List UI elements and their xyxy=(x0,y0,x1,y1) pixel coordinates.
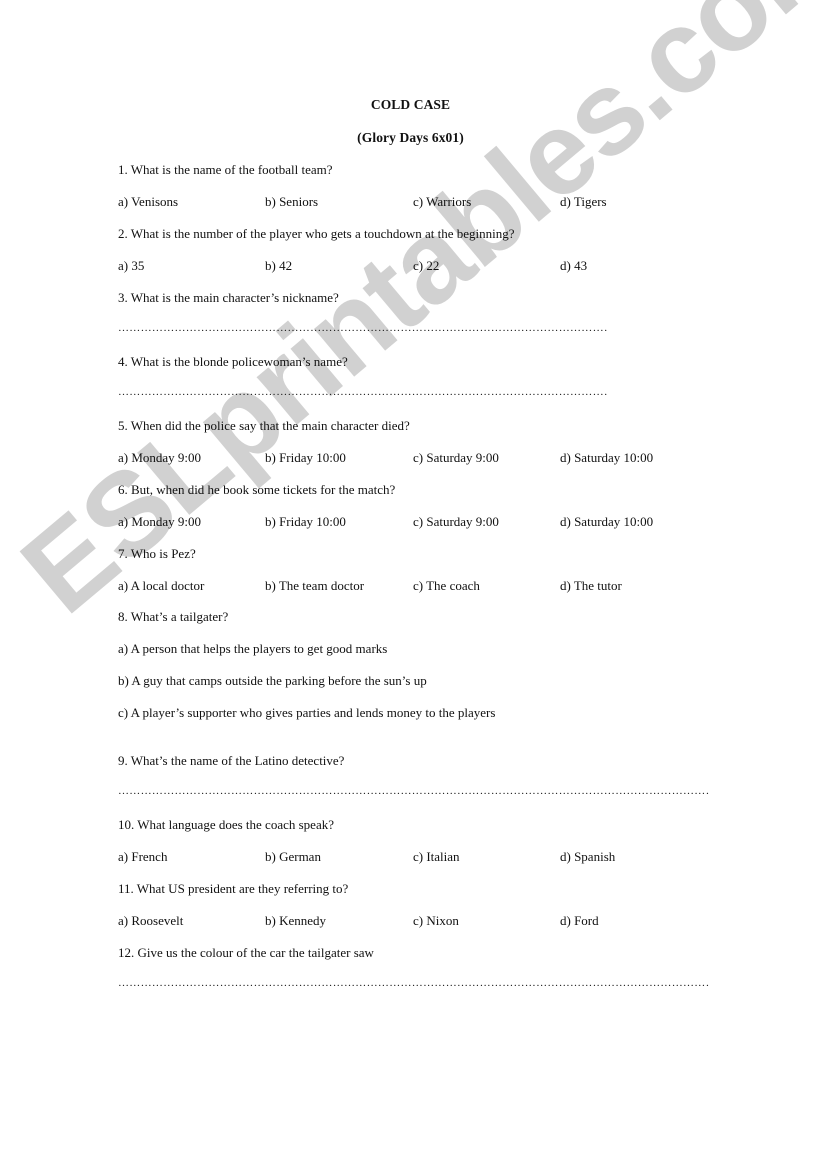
question-10-option-d: d) Spanish xyxy=(560,849,615,865)
question-11: 11. What US president are they referring… xyxy=(118,881,348,897)
question-6-option-b: b) Friday 10:00 xyxy=(265,514,346,530)
question-5-option-a: a) Monday 9:00 xyxy=(118,450,201,466)
question-10-option-b: b) German xyxy=(265,849,321,865)
question-5: 5. When did the police say that the main… xyxy=(118,418,410,434)
question-6-option-c: c) Saturday 9:00 xyxy=(413,514,499,530)
question-7-option-b: b) The team doctor xyxy=(265,578,364,594)
question-2-option-b: b) 42 xyxy=(265,258,292,274)
question-11-option-c: c) Nixon xyxy=(413,913,459,929)
question-7-option-a: a) A local doctor xyxy=(118,578,204,594)
question-4: 4. What is the blonde policewoman’s name… xyxy=(118,354,348,370)
answer-line-12[interactable]: …………………………………………………………………………………………………………… xyxy=(118,977,710,989)
worksheet-subtitle: (Glory Days 6x01) xyxy=(0,130,821,146)
answer-line-9[interactable]: …………………………………………………………………………………………………………… xyxy=(118,785,710,797)
question-6-option-d: d) Saturday 10:00 xyxy=(560,514,653,530)
question-9: 9. What’s the name of the Latino detecti… xyxy=(118,753,344,769)
question-2-option-a: a) 35 xyxy=(118,258,144,274)
question-10: 10. What language does the coach speak? xyxy=(118,817,334,833)
question-1-option-d: d) Tigers xyxy=(560,194,607,210)
question-8-option-a: a) A person that helps the players to ge… xyxy=(118,641,387,657)
question-7: 7. Who is Pez? xyxy=(118,546,196,562)
question-2: 2. What is the number of the player who … xyxy=(118,226,515,242)
worksheet-title: COLD CASE xyxy=(0,97,821,113)
question-6-option-a: a) Monday 9:00 xyxy=(118,514,201,530)
question-8-option-c: c) A player’s supporter who gives partie… xyxy=(118,705,495,721)
question-11-option-d: d) Ford xyxy=(560,913,599,929)
question-7-option-c: c) The coach xyxy=(413,578,480,594)
question-1-option-c: c) Warriors xyxy=(413,194,471,210)
question-6: 6. But, when did he book some tickets fo… xyxy=(118,482,395,498)
question-12: 12. Give us the colour of the car the ta… xyxy=(118,945,374,961)
question-8-option-b: b) A guy that camps outside the parking … xyxy=(118,673,427,689)
question-10-option-c: c) Italian xyxy=(413,849,460,865)
question-5-option-c: c) Saturday 9:00 xyxy=(413,450,499,466)
question-2-option-c: c) 22 xyxy=(413,258,439,274)
question-11-option-a: a) Roosevelt xyxy=(118,913,183,929)
question-1-option-b: b) Seniors xyxy=(265,194,318,210)
question-3: 3. What is the main character’s nickname… xyxy=(118,290,339,306)
question-8: 8. What’s a tailgater? xyxy=(118,609,228,625)
question-1-option-a: a) Venisons xyxy=(118,194,178,210)
question-5-option-d: d) Saturday 10:00 xyxy=(560,450,653,466)
question-2-option-d: d) 43 xyxy=(560,258,587,274)
question-11-option-b: b) Kennedy xyxy=(265,913,326,929)
question-5-option-b: b) Friday 10:00 xyxy=(265,450,346,466)
answer-line-4[interactable]: …………………………………………………………………………………………………………… xyxy=(118,386,608,398)
answer-line-3[interactable]: …………………………………………………………………………………………………………… xyxy=(118,322,608,334)
worksheet-page: COLD CASE (Glory Days 6x01) 1. What is t… xyxy=(0,0,821,1169)
question-7-option-d: d) The tutor xyxy=(560,578,622,594)
question-10-option-a: a) French xyxy=(118,849,167,865)
question-1: 1. What is the name of the football team… xyxy=(118,162,333,178)
